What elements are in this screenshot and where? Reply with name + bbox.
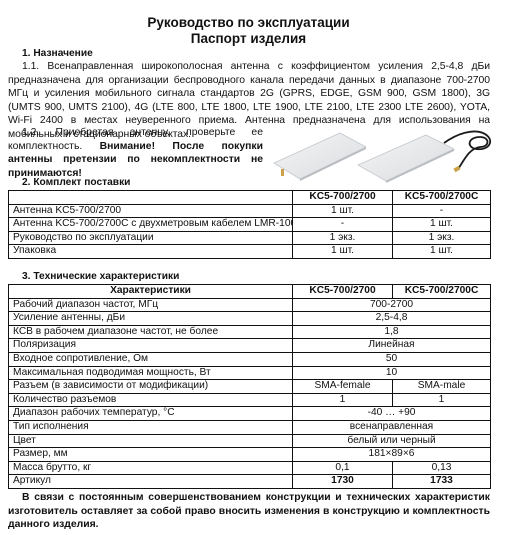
table-header-row: Характеристики KC5-700/2700 KC5-700/2700… bbox=[9, 285, 491, 299]
spec-label-cell: Цвет bbox=[9, 434, 293, 448]
section-2-heading: 2. Комплект поставки bbox=[22, 176, 130, 190]
table-row: Разъем (в зависимости от модификации)SMA… bbox=[9, 380, 491, 394]
quantity-cell: 1 шт. bbox=[393, 218, 491, 232]
antenna-female-icon bbox=[274, 133, 366, 181]
table-row: Диапазон рабочих температур, °С-40 … +90 bbox=[9, 407, 491, 421]
section-1-heading: 1. Назначение bbox=[22, 47, 93, 61]
spec-value-cell: 700-2700 bbox=[293, 298, 491, 312]
table-row: Масса брутто, кг0,10,13 bbox=[9, 461, 491, 475]
table-row: Размер, мм181×89×6 bbox=[9, 448, 491, 462]
spec-value-cell: 10 bbox=[293, 366, 491, 380]
spec-label-cell: Тип исполнения bbox=[9, 420, 293, 434]
document-title: Руководство по эксплуатации bbox=[0, 15, 497, 31]
quantity-cell: 1 шт. bbox=[293, 245, 393, 259]
delivery-set-table: KC5-700/2700 KC5-700/2700C Антенна KC5-7… bbox=[8, 190, 491, 259]
spec-label-cell: Артикул bbox=[9, 475, 293, 489]
disclaimer-text: В связи с постоянным совершенствованием … bbox=[8, 492, 490, 530]
spec-label-cell: Размер, мм bbox=[9, 448, 293, 462]
spec-label-cell: Количество разъемов bbox=[9, 393, 293, 407]
spec-value-cell: 1730 bbox=[293, 475, 393, 489]
spec-label-cell: Усиление антенны, дБи bbox=[9, 312, 293, 326]
spec-label-cell: Диапазон рабочих температур, °С bbox=[9, 407, 293, 421]
spec-label-cell: Входное сопротивление, Ом bbox=[9, 352, 293, 366]
spec-value-cell: 2,5-4,8 bbox=[293, 312, 491, 326]
table-row: КСВ в рабочем диапазоне частот, не более… bbox=[9, 325, 491, 339]
spec-value-cell: всенаправленная bbox=[293, 420, 491, 434]
table-row: Антенна KC5-700/2700C с двухметровым каб… bbox=[9, 218, 491, 232]
spec-value-cell: -40 … +90 bbox=[293, 407, 491, 421]
table-row: Артикул17301733 bbox=[9, 475, 491, 489]
section-3-heading: 3. Технические характеристики bbox=[22, 270, 179, 284]
antenna-product-image bbox=[268, 125, 498, 185]
table-row: Руководство по эксплуатации1 экз.1 экз. bbox=[9, 231, 491, 245]
column-header: KC5-700/2700C bbox=[393, 285, 491, 299]
quantity-cell: 1 экз. bbox=[293, 231, 393, 245]
table-row: Максимальная подводимая мощность, Вт10 bbox=[9, 366, 491, 380]
spec-label-cell: Рабочий диапазон частот, МГц bbox=[9, 298, 293, 312]
table-row: Количество разъемов11 bbox=[9, 393, 491, 407]
spec-value-cell: 1 bbox=[293, 393, 393, 407]
table-row: Рабочий диапазон частот, МГц700-2700 bbox=[9, 298, 491, 312]
table-row: Входное сопротивление, Ом50 bbox=[9, 352, 491, 366]
quantity-cell: - bbox=[293, 218, 393, 232]
item-name-cell: Руководство по эксплуатации bbox=[9, 231, 293, 245]
quantity-cell: 1 шт. bbox=[293, 204, 393, 218]
column-header: KC5-700/2700 bbox=[293, 191, 393, 205]
spec-value-cell: SMA-female bbox=[293, 380, 393, 394]
quantity-cell: 1 экз. bbox=[393, 231, 491, 245]
spec-value-cell: 0,1 bbox=[293, 461, 393, 475]
spec-label-cell: КСВ в рабочем диапазоне частот, не более bbox=[9, 325, 293, 339]
spec-value-cell: 1,8 bbox=[293, 325, 491, 339]
column-header: KC5-700/2700 bbox=[293, 285, 393, 299]
spec-label-cell: Максимальная подводимая мощность, Вт bbox=[9, 366, 293, 380]
spec-value-cell: 181×89×6 bbox=[293, 448, 491, 462]
document-subtitle: Паспорт изделия bbox=[0, 31, 497, 47]
spec-value-cell: 1733 bbox=[393, 475, 491, 489]
spec-value-cell: 1 bbox=[393, 393, 491, 407]
spec-label-cell: Разъем (в зависимости от модификации) bbox=[9, 380, 293, 394]
item-name-cell: Антенна KC5-700/2700C с двухметровым каб… bbox=[9, 218, 293, 232]
table-row: Упаковка1 шт.1 шт. bbox=[9, 245, 491, 259]
item-name-cell: Антенна KC5-700/2700 bbox=[9, 204, 293, 218]
table-row: Антенна KC5-700/27001 шт.- bbox=[9, 204, 491, 218]
table-row: Цветбелый или черный bbox=[9, 434, 491, 448]
specs-table: Характеристики KC5-700/2700 KC5-700/2700… bbox=[8, 284, 491, 489]
table-header-row: KC5-700/2700 KC5-700/2700C bbox=[9, 191, 491, 205]
column-header: Характеристики bbox=[9, 285, 293, 299]
antenna-male-cable-icon bbox=[358, 131, 490, 183]
column-header bbox=[9, 191, 293, 205]
spec-value-cell: белый или черный bbox=[293, 434, 491, 448]
table-row: ПоляризацияЛинейная bbox=[9, 339, 491, 353]
item-name-cell: Упаковка bbox=[9, 245, 293, 259]
spec-value-cell: 50 bbox=[293, 352, 491, 366]
disclaimer-note: В связи с постоянным совершенствованием … bbox=[8, 491, 490, 532]
spec-value-cell: 0,13 bbox=[393, 461, 491, 475]
spec-label-cell: Масса брутто, кг bbox=[9, 461, 293, 475]
spec-value-cell: SMA-male bbox=[393, 380, 491, 394]
table-row: Тип исполнениявсенаправленная bbox=[9, 420, 491, 434]
column-header: KC5-700/2700C bbox=[393, 191, 491, 205]
spec-value-cell: Линейная bbox=[293, 339, 491, 353]
paragraph-1-2: 1.2. Приобретая антенну, проверьте ее ко… bbox=[8, 126, 263, 180]
table-row: Усиление антенны, дБи2,5-4,8 bbox=[9, 312, 491, 326]
quantity-cell: 1 шт. bbox=[393, 245, 491, 259]
quantity-cell: - bbox=[393, 204, 491, 218]
spec-label-cell: Поляризация bbox=[9, 339, 293, 353]
